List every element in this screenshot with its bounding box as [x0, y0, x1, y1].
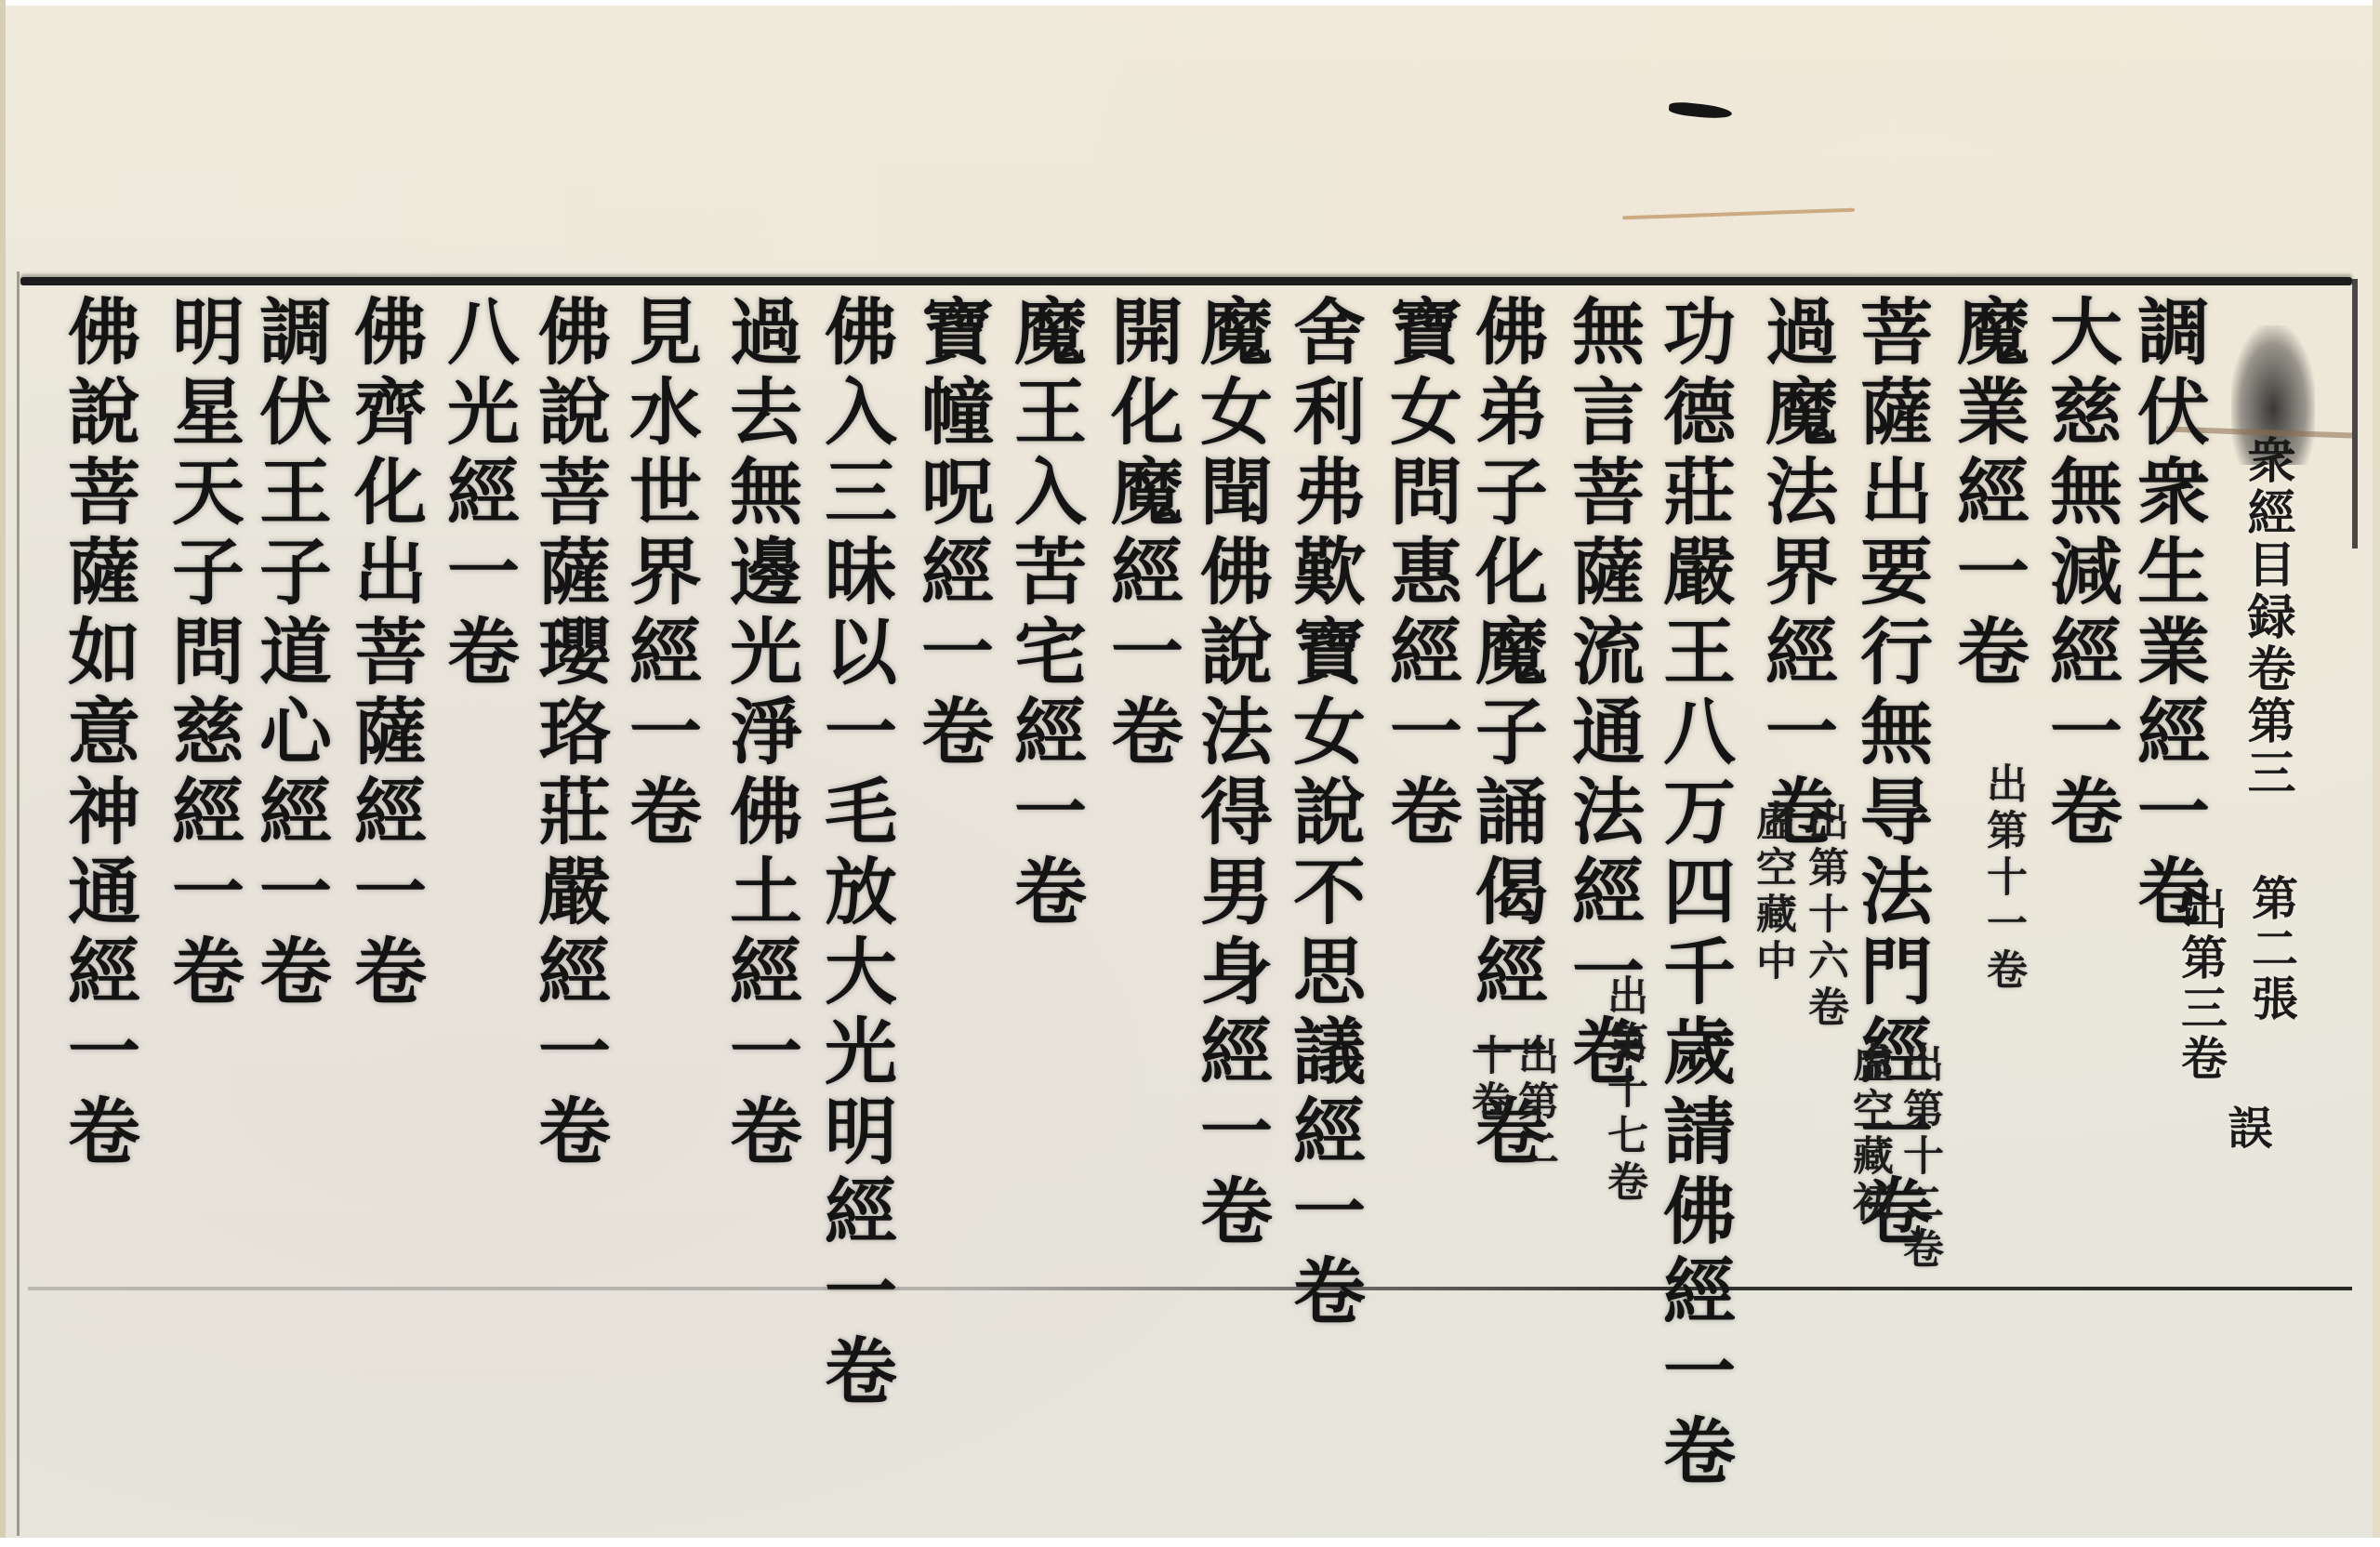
sutra-entry: 寶女問惠經一卷: [1383, 294, 1456, 853]
sutra-entry: 過魔法界經一卷: [1759, 294, 1831, 853]
frame-border-left: [17, 271, 20, 1536]
source-note: 出第十一卷: [1982, 762, 2023, 995]
fiber-stain: [1622, 208, 1855, 220]
sutra-entry: 佛入三昧以一毛放大光明經一卷: [818, 294, 891, 1413]
sheet-number: 第二張: [2248, 874, 2294, 1025]
page-edge-left: [0, 0, 6, 1547]
sutra-entry: 佛說菩薩瓔珞莊嚴經一卷: [532, 294, 604, 1173]
sutra-entry: 大慈無減經一卷: [2043, 294, 2116, 853]
source-note: 十卷: [1467, 1034, 1508, 1127]
volume-title: 衆經目録卷第三: [2242, 435, 2291, 800]
ink-smudge: [1668, 100, 1732, 120]
sutra-entry: 佛齊化出菩薩經一卷: [348, 294, 420, 1013]
source-note: 出第十二卷: [1898, 1041, 1939, 1274]
sutra-entry: 見水世界經一卷: [623, 294, 695, 853]
source-note: 出第十七卷: [1603, 974, 1644, 1207]
source-note: 虛空藏初: [1848, 1041, 1889, 1227]
sutra-entry: 過去無邊光淨佛土經一卷: [723, 294, 796, 1173]
page-edge-bottom: [0, 1538, 2380, 1547]
sutra-entry: 明星天子問慈經一卷: [165, 294, 238, 1013]
frame-border-bottom: [28, 1287, 2352, 1290]
source-note: 出第二: [1514, 1034, 1554, 1173]
frame-border-top: [20, 277, 2352, 285]
page-edge-right: [2373, 0, 2380, 1547]
sutra-entry: 調伏王子道心經一卷: [253, 294, 325, 1013]
page-edge-top: [0, 0, 2380, 6]
sutra-entry: 開化魔經一卷: [1104, 294, 1177, 773]
sutra-entry: 調伏衆生業經一卷: [2131, 294, 2203, 933]
woodblock-page: 衆經目録卷第三 第二張 出第三卷 誤 調伏衆生業經一卷 大慈無減經一卷 魔業經一…: [0, 0, 2380, 1547]
frame-border-right: [2352, 279, 2358, 549]
sutra-entry: 魔業經一卷: [1950, 294, 2023, 694]
source-note: 出第十六卷: [1804, 800, 1844, 1032]
source-note: 虛空藏中: [1752, 800, 1792, 985]
sutra-entry: 魔女聞佛說法得男身經一卷: [1194, 294, 1266, 1253]
sutra-entry: 佛說菩薩如意神通經一卷: [61, 294, 134, 1173]
correction-mark: 誤: [2224, 1104, 2268, 1153]
sutra-entry: 無言菩薩流通法經一卷: [1566, 294, 1638, 1093]
sutra-entry: 舍利弗歎寶女說不思議經一卷: [1287, 294, 1359, 1333]
sutra-entry: 功德莊嚴王八万四千歲請佛經一卷: [1657, 294, 1729, 1493]
sutra-entry: 寶幢呪經一卷: [915, 294, 987, 773]
sutra-entry: 八光經一卷: [441, 294, 513, 694]
sutra-entry: 魔王入苦宅經一卷: [1008, 294, 1080, 933]
